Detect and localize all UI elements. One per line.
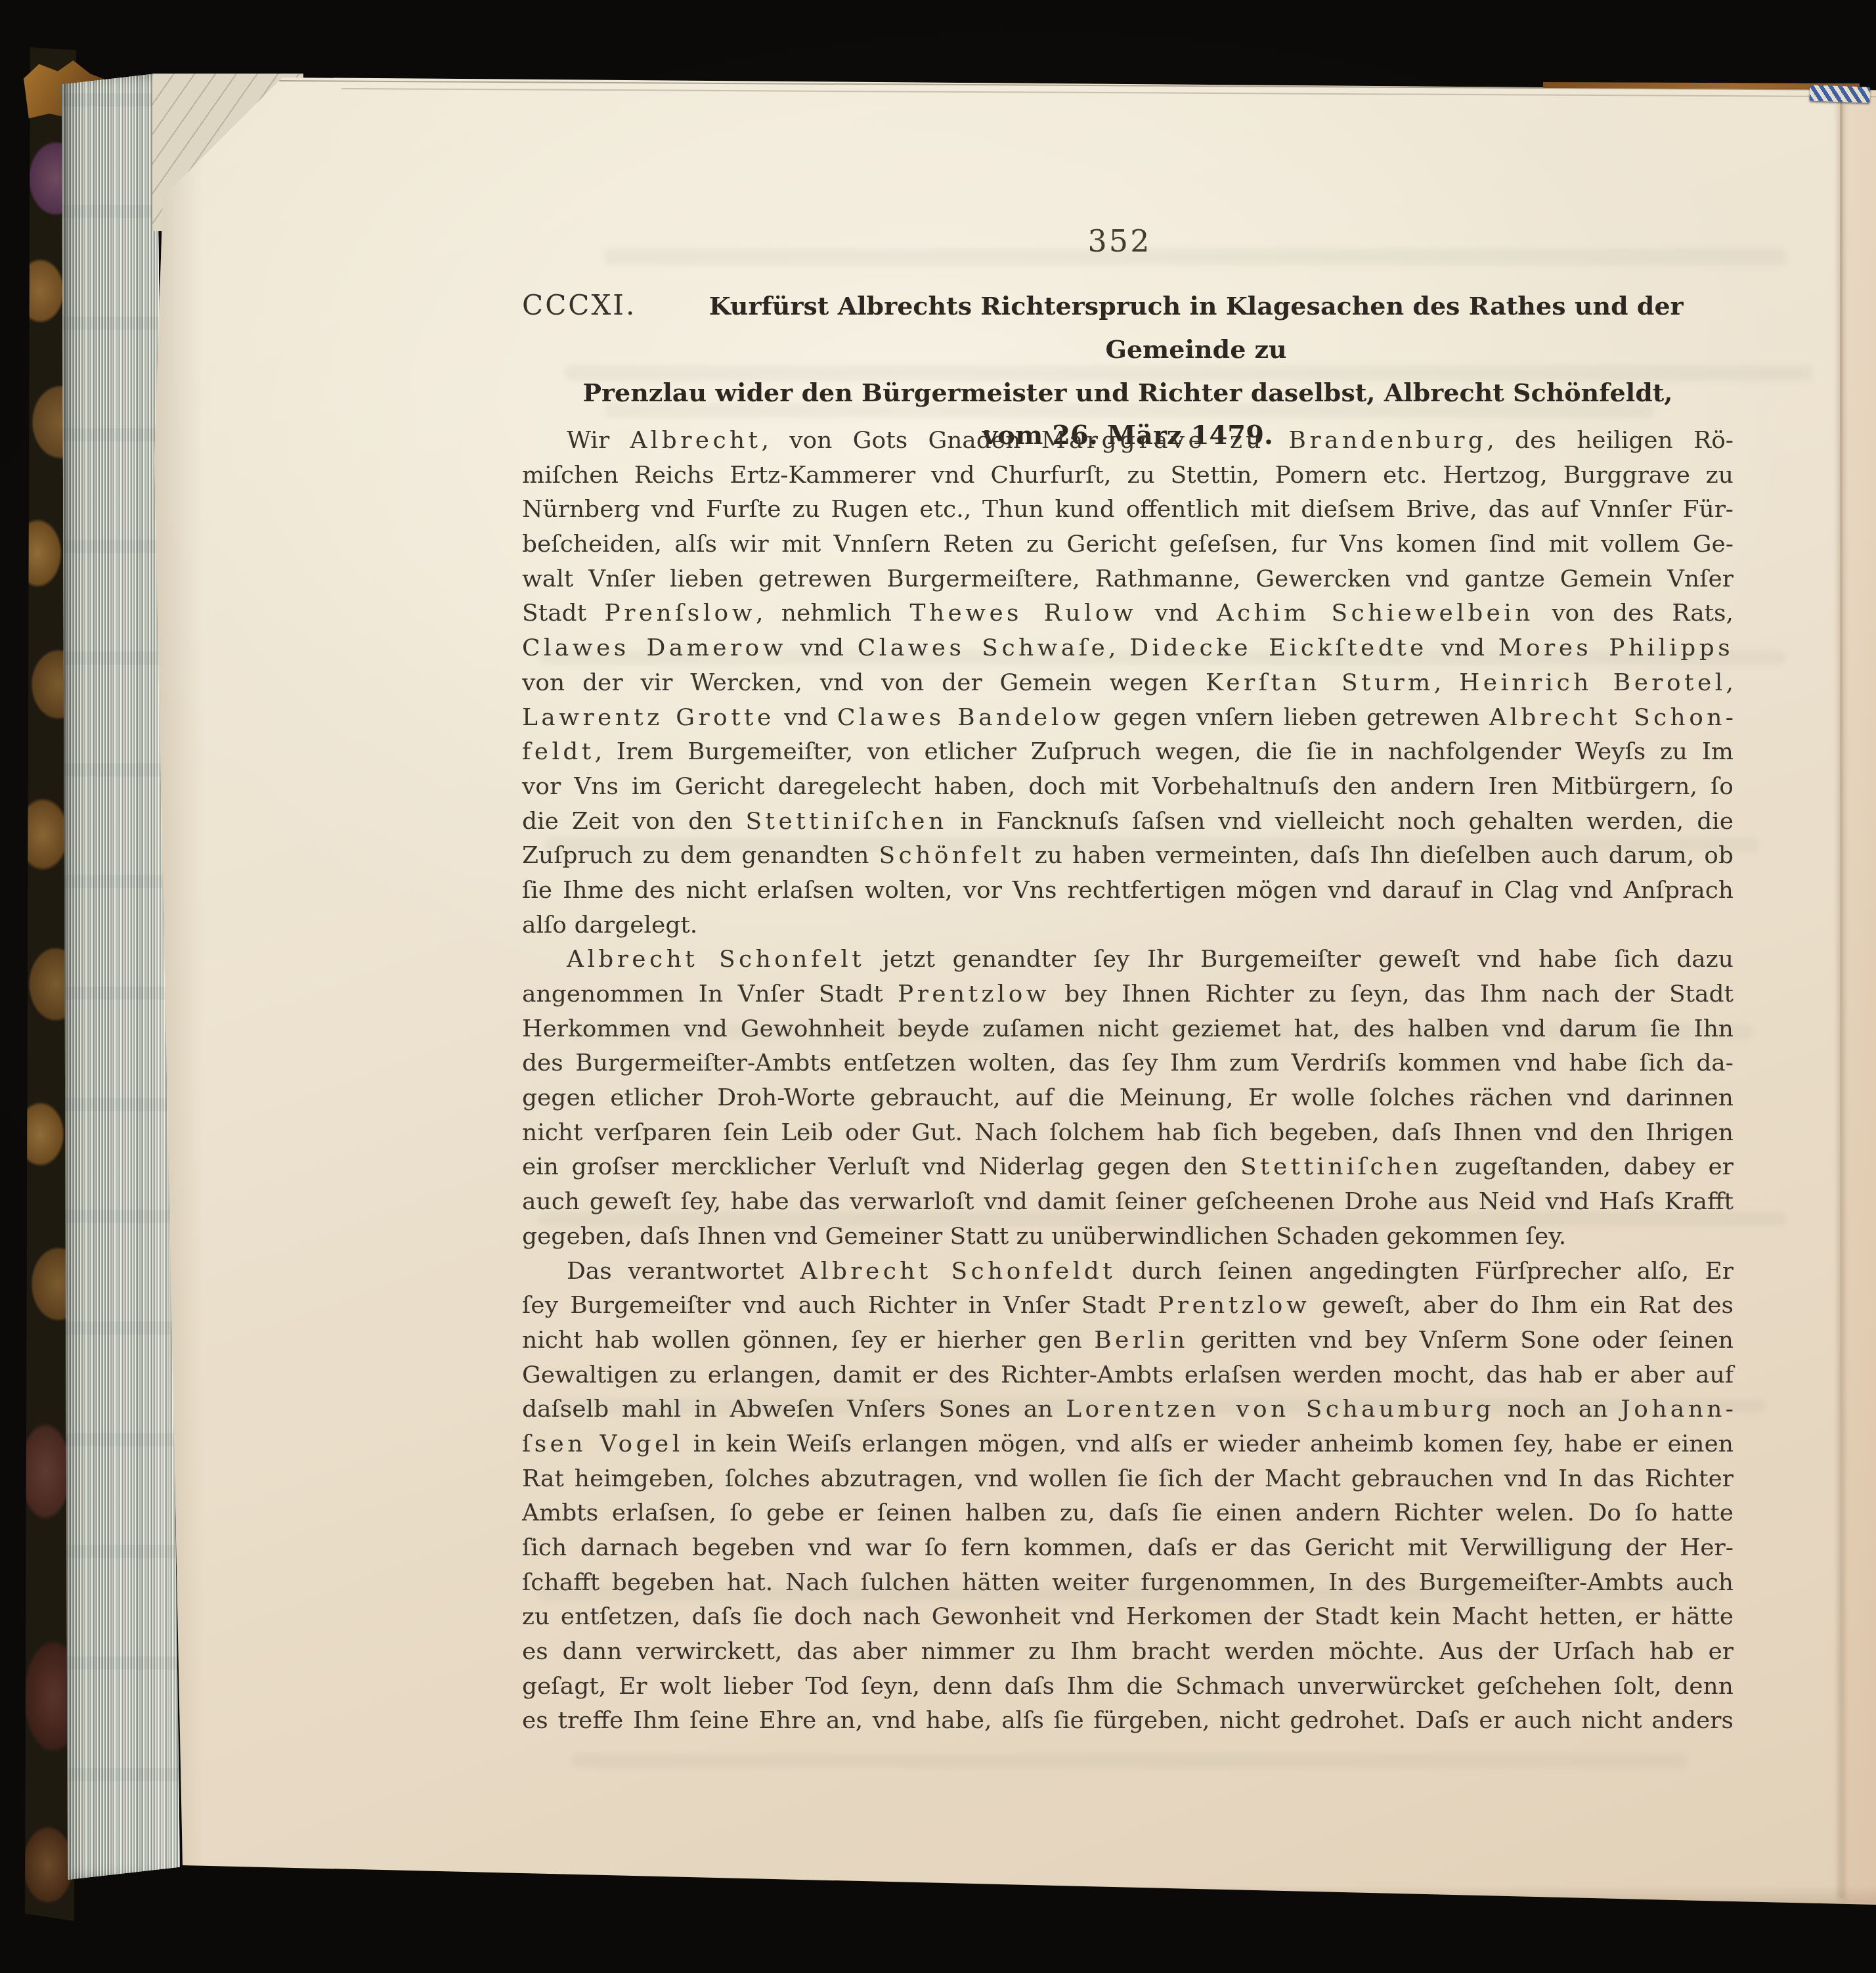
text-line: Stadt Prenſslow, nehmlich Thewes Rulow v… <box>522 596 1734 631</box>
text-line: beſcheiden, alſs wir mit Vnnſern Reten z… <box>522 527 1734 562</box>
page-bottom-shadow <box>144 1885 1876 1911</box>
text-line: Ambts erlaſsen, ſo gebe er ſeinen halben… <box>522 1496 1734 1531</box>
heading-line-2: Prenzlau wider den Bürgermeister und Ric… <box>522 371 1734 414</box>
text-line: walt Vnſer lieben getrewen Burgermeiſter… <box>522 562 1734 597</box>
text-line: ſey Burgemeiſter vnd auch Richter in Vnſ… <box>522 1289 1734 1323</box>
text-line: von der vir Wercken, vnd von der Gemein … <box>522 666 1734 701</box>
text-line: es dann verwirckett, das aber nimmer zu … <box>522 1635 1734 1670</box>
text-line: Nürnberg vnd Furſte zu Rugen etc., Thun … <box>522 493 1734 527</box>
text-line: geſagt, Er wolt lieber Tod ſeyn, denn da… <box>522 1670 1734 1704</box>
text-line: ſchafft begeben hat. Nach ſulchen hätten… <box>522 1566 1734 1601</box>
text-line: Rat heimgeben, ſolches abzutragen, vnd w… <box>522 1462 1734 1497</box>
heading-row-1: CCCXI. Kurfürst Albrechts Richterspruch … <box>522 284 1734 371</box>
text-line: Lawrentz Grotte vnd Clawes Bandelow gege… <box>522 701 1734 736</box>
text-line: miſchen Reichs Ertz-Kammerer vnd Churfur… <box>522 458 1734 493</box>
text-line: ſie Ihme des nicht erlaſsen wolten, vor … <box>522 874 1734 908</box>
page-number: 352 <box>923 223 1317 259</box>
text-line: vor Vns im Gericht daregelecht haben, do… <box>522 770 1734 805</box>
underlying-sheet-edge <box>341 88 1876 97</box>
text-line: nicht hab wollen gönnen, ſey er hierher … <box>522 1323 1734 1358</box>
text-line: Zuſpruch zu dem genandten Schönfelt zu h… <box>522 839 1734 874</box>
show-through-text <box>571 1754 1688 1768</box>
book-page: 352 CCCXI. Kurfürst Albrechts Richterspr… <box>144 72 1876 1911</box>
text-line: des Burgermeiſter-Ambts entſetzen wolten… <box>522 1046 1734 1081</box>
text-line: ein groſser mercklicher Verluſt vnd Nide… <box>522 1150 1734 1185</box>
text-line: gegeben, daſs Ihnen vnd Gemeiner Statt z… <box>522 1220 1734 1254</box>
text-line: es treffe Ihm ſeine Ehre an, vnd habe, a… <box>522 1704 1734 1739</box>
text-line: Herkommen vnd Gewohnheit beyde zuſamen n… <box>522 1012 1734 1047</box>
text-line: angenommen In Vnſer Stadt Prentzlow bey … <box>522 977 1734 1012</box>
text-line: daſselb mahl in Abweſen Vnſers Sones an … <box>522 1392 1734 1427</box>
heading-line-1: Kurfürst Albrechts Richterspruch in Klag… <box>659 284 1734 371</box>
document-number: CCCXI. <box>522 284 659 327</box>
text-line: alſo dargelegt. <box>522 908 1734 943</box>
headband <box>1810 85 1871 102</box>
gutter-shaded-strip <box>1843 85 1876 1903</box>
photo-background: 352 CCCXI. Kurfürst Albrechts Richterspr… <box>0 0 1876 1973</box>
text-line: zu entſetzen, daſs ſie doch nach Gewonhe… <box>522 1600 1734 1635</box>
text-line: auch geweſt ſey, habe das verwarloſt vnd… <box>522 1185 1734 1220</box>
text-line: Clawes Damerow vnd Clawes Schwaſe, Didec… <box>522 631 1734 666</box>
text-line: feldt, Irem Burgemeiſter, von etlicher Z… <box>522 735 1734 770</box>
text-line: Das verantwortet Albrecht Schonfeldt dur… <box>522 1254 1734 1289</box>
text-line: die Zeit von den Stettiniſchen in Fanckn… <box>522 805 1734 839</box>
text-line: nicht verſparen ſein Leib oder Gut. Nach… <box>522 1116 1734 1151</box>
text-line: Albrecht Schonfelt jetzt genandter ſey I… <box>522 942 1734 977</box>
text-line: gegen etlicher Droh-Worte gebraucht, auf… <box>522 1081 1734 1116</box>
text-line: Gewaltigen zu erlangen, damit er des Ric… <box>522 1358 1734 1393</box>
body-text: Wir Albrecht, von Gots Gnaden Marggrave … <box>522 424 1734 1739</box>
text-line: Wir Albrecht, von Gots Gnaden Marggrave … <box>522 424 1734 458</box>
text-line: ſsen Vogel in kein Weiſs erlangen mögen,… <box>522 1427 1734 1462</box>
text-line: ſich darnach begeben vnd war ſo fern kom… <box>522 1531 1734 1566</box>
